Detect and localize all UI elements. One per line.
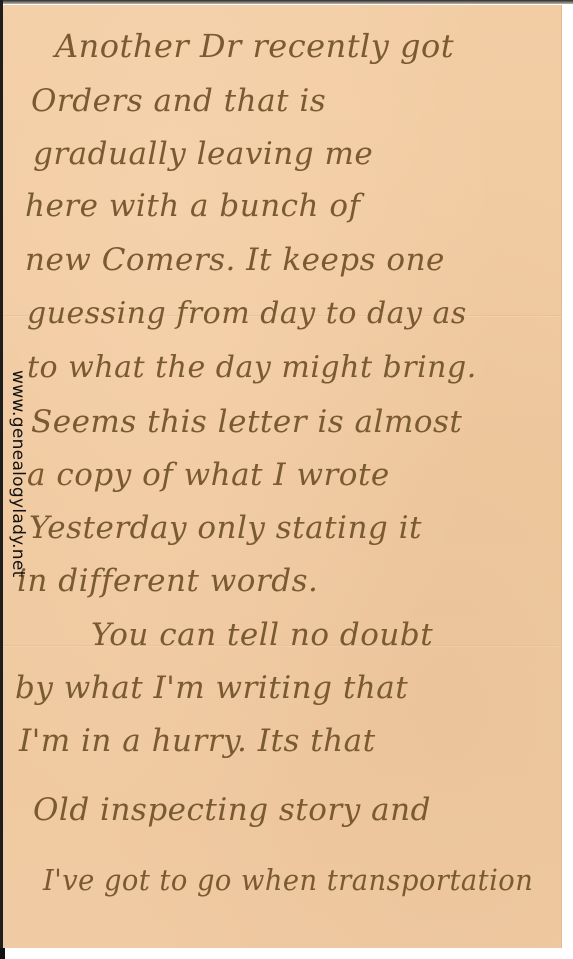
letter-line: here with a bunch of xyxy=(25,188,361,224)
scan-top-edge xyxy=(0,0,573,4)
letter-line: Yesterday only stating it xyxy=(29,510,422,546)
letter-line: Seems this letter is almost xyxy=(31,404,462,440)
letter-line: You can tell no doubt xyxy=(91,617,433,653)
letter-line: I'm in a hurry. Its that xyxy=(19,723,376,759)
letter-line: new Comers. It keeps one xyxy=(25,242,445,278)
letter-line: gradually leaving me xyxy=(33,136,373,172)
letter-line: I've got to go when transportation xyxy=(43,863,533,897)
website-watermark: www.genealogylady.net xyxy=(6,370,28,660)
letter-line: a copy of what I wrote xyxy=(27,457,390,493)
letter-line: by what I'm writing that xyxy=(15,670,408,706)
letter-line: Orders and that is xyxy=(31,83,326,119)
scanned-letter-page: Another Dr recently got Orders and that … xyxy=(0,0,573,959)
letter-line: Another Dr recently got xyxy=(55,27,454,65)
scan-bottom-edge xyxy=(0,948,5,959)
letter-line: in different words. xyxy=(17,563,318,599)
letter-paper: Another Dr recently got Orders and that … xyxy=(3,5,562,948)
letter-line: Old inspecting story and xyxy=(33,792,431,828)
letter-line: guessing from day to day as xyxy=(27,296,467,331)
letter-line: to what the day might bring. xyxy=(27,350,477,385)
